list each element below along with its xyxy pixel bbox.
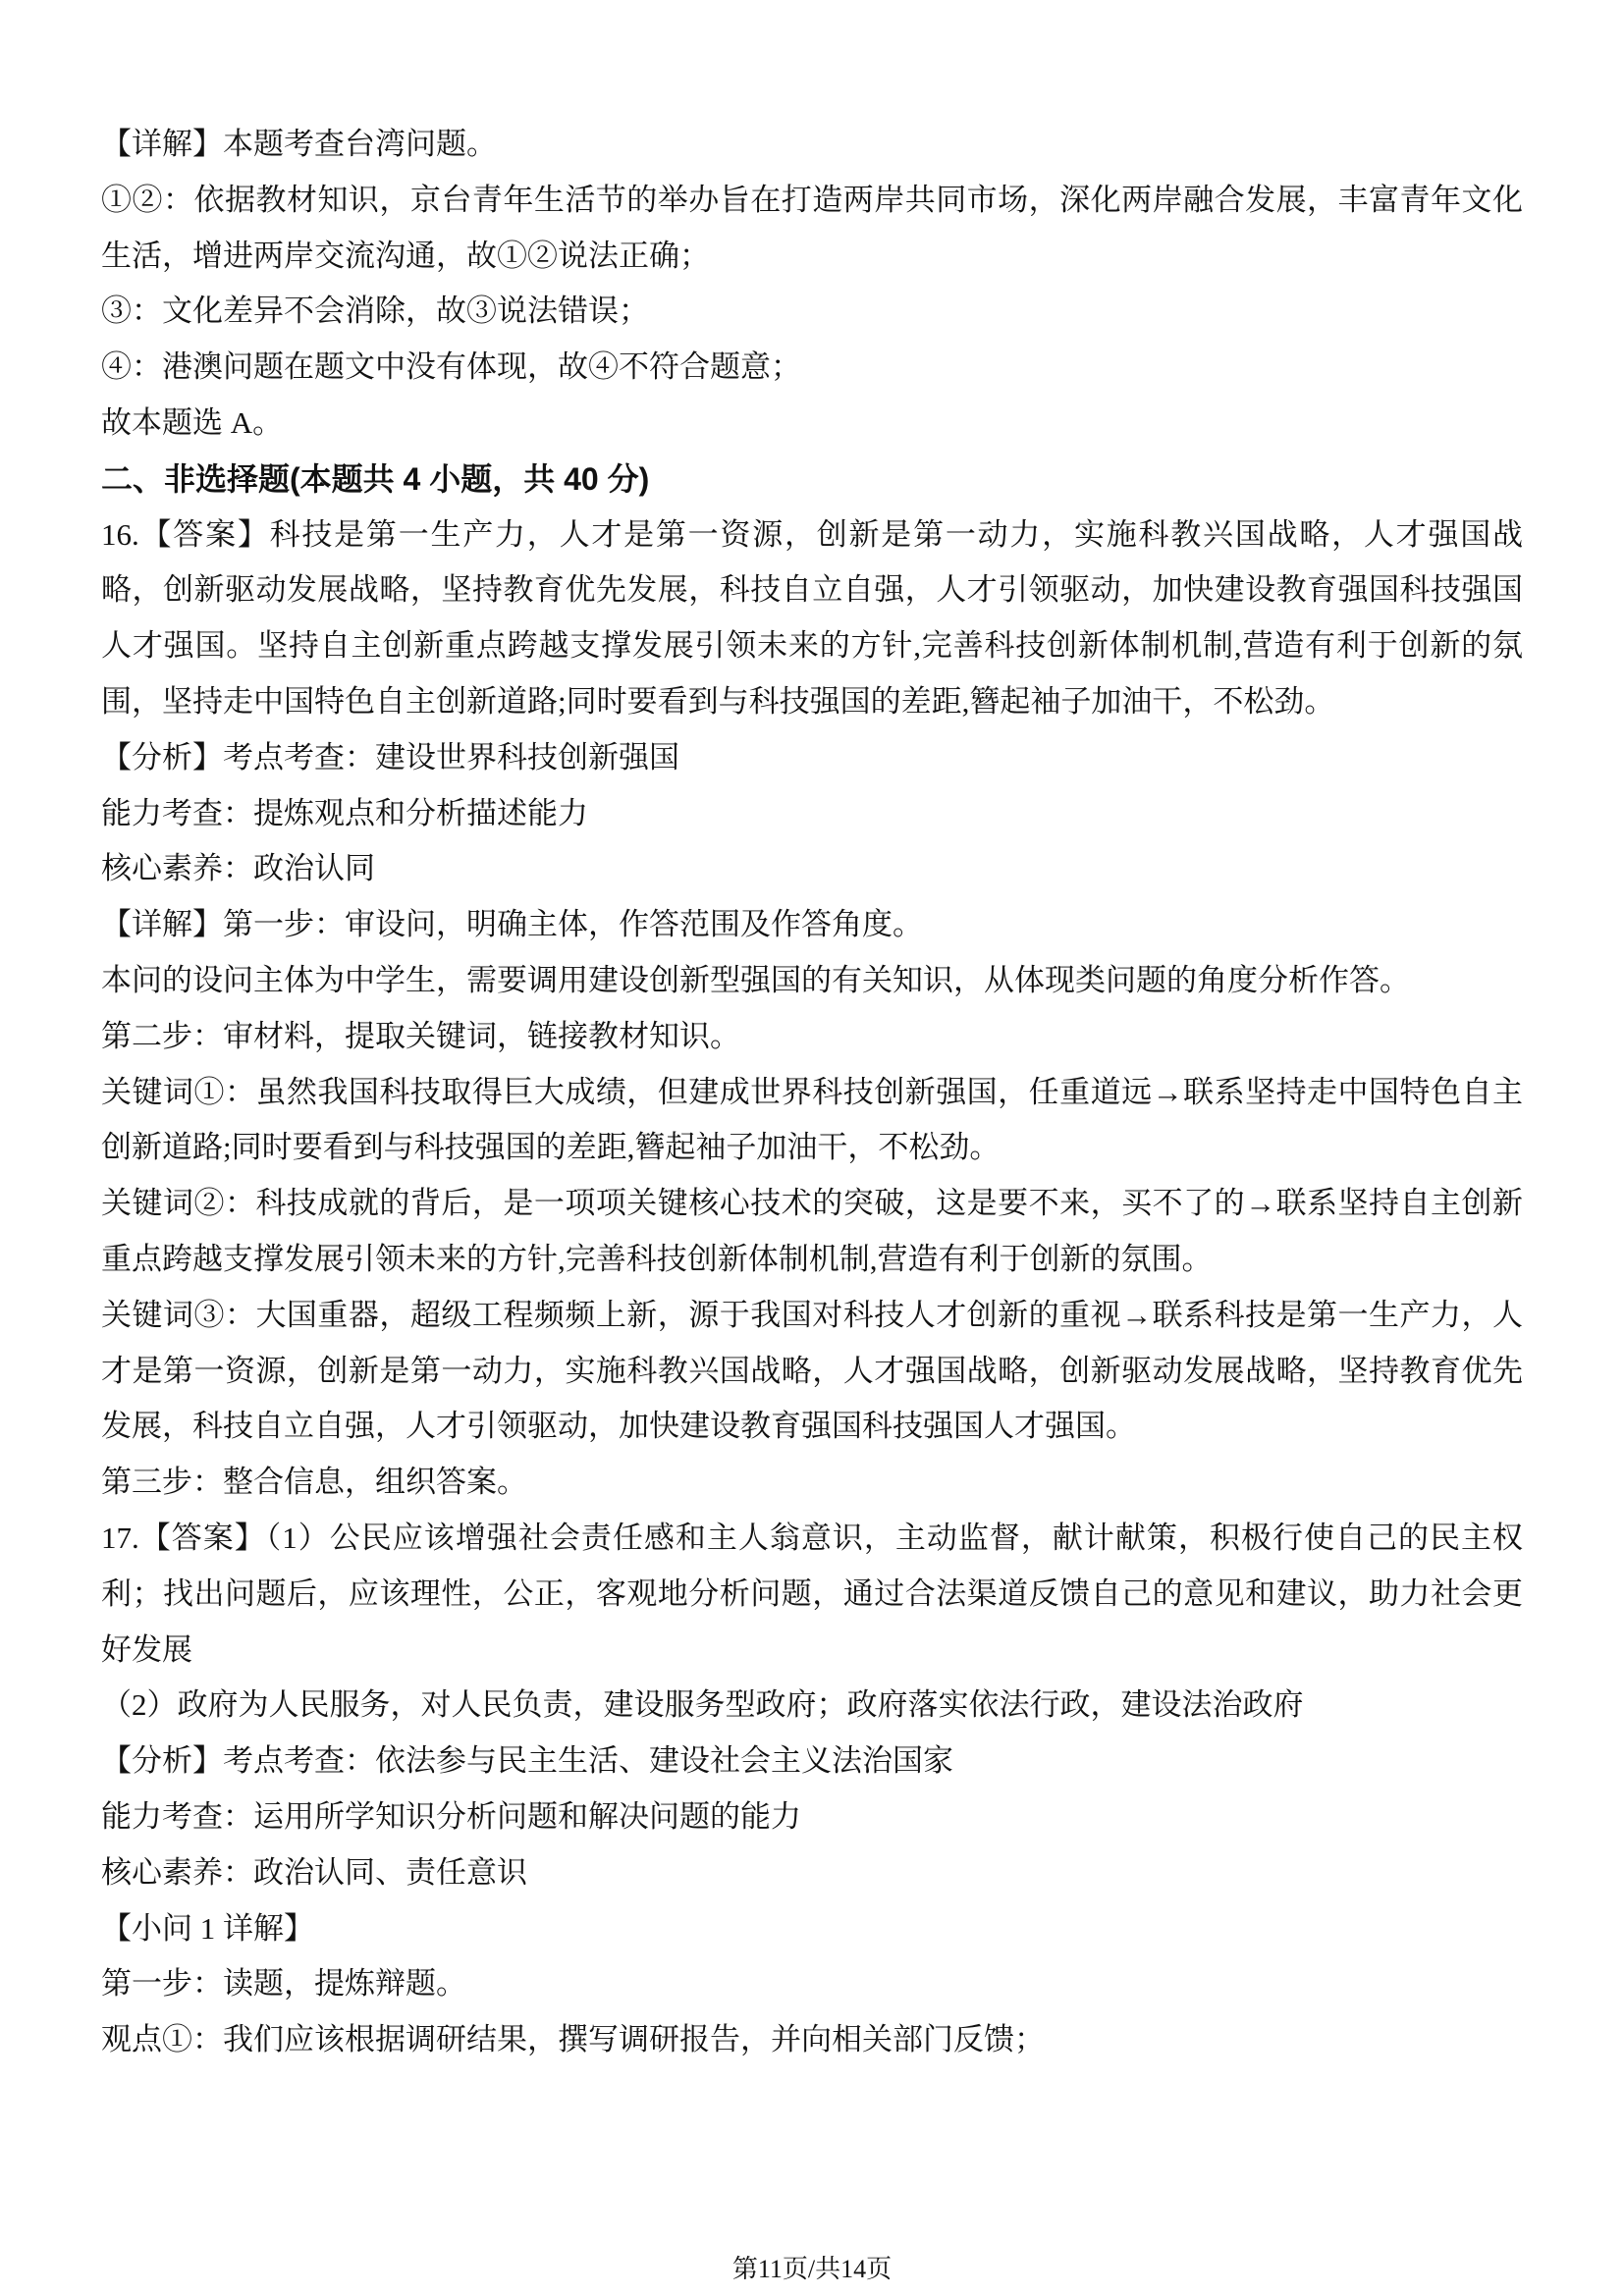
document-page: 【详解】本题考查台湾问题。 ①②：依据教材知识，京台青年生活节的举办旨在打造两岸… bbox=[0, 0, 1624, 2296]
q17-viewpoint-1: 观点①：我们应该根据调研结果，撰写调研报告，并向相关部门反馈； bbox=[101, 2012, 1523, 2068]
q15-point-1-2: ①②：依据教材知识，京台青年生活节的举办旨在打造两岸共同市场，深化两岸融合发展，… bbox=[101, 173, 1523, 229]
q17-ability-tested: 能力考查：运用所学知识分析问题和解决问题的能力 bbox=[101, 1789, 1523, 1845]
q15-point-1-2-cont: 生活，增进两岸交流沟通，故①②说法正确； bbox=[101, 229, 1523, 285]
q17-step1: 第一步：读题，提炼辩题。 bbox=[101, 1956, 1523, 2012]
q16-detail-step1: 【详解】第一步：审设问，明确主体，作答范围及作答角度。 bbox=[101, 897, 1523, 953]
page-number-footer: 第11页/共14页 bbox=[0, 2250, 1624, 2289]
document-body: 【详解】本题考查台湾问题。 ①②：依据教材知识，京台青年生活节的举办旨在打造两岸… bbox=[101, 117, 1523, 2068]
q17-answer-2: （2）政府为人民服务，对人民负责，建设服务型政府；政府落实依法行政，建设法治政府 bbox=[101, 1678, 1523, 1734]
q16-keyword-3-line-1: 关键词③：大国重器，超级工程频频上新，源于我国对科技人才创新的重视→联系科技是第… bbox=[101, 1288, 1523, 1344]
q16-core-literacy: 核心素养：政治认同 bbox=[101, 841, 1523, 897]
q16-answer-line-1: 16.【答案】科技是第一生产力，人才是第一资源，创新是第一动力，实施科教兴国战略… bbox=[101, 507, 1523, 563]
q16-ability-tested: 能力考查：提炼观点和分析描述能力 bbox=[101, 786, 1523, 842]
q16-keyword-2-line-2: 重点跨越支撑发展引领未来的方针,完善科技创新体制机制,营造有利于创新的氛围。 bbox=[101, 1232, 1523, 1288]
q15-detail-intro: 【详解】本题考查台湾问题。 bbox=[101, 117, 1523, 173]
q16-keyword-3-line-2: 才是第一资源，创新是第一动力，实施科教兴国战略，人才强国战略，创新驱动发展战略，… bbox=[101, 1344, 1523, 1400]
q17-analysis-exam-points: 【分析】考点考查：依法参与民主生活、建设社会主义法治国家 bbox=[101, 1734, 1523, 1789]
q17-answer-1-line-2: 利；找出问题后，应该理性，公正，客观地分析问题，通过合法渠道反馈自己的意见和建议… bbox=[101, 1567, 1523, 1623]
q15-point-3: ③：文化差异不会消除，故③说法错误； bbox=[101, 284, 1523, 340]
q16-keyword-2-line-1: 关键词②：科技成就的背后，是一项项关键核心技术的突破，这是要不来，买不了的→联系… bbox=[101, 1176, 1523, 1232]
q16-detail-step2: 第二步：审材料，提取关键词，链接教材知识。 bbox=[101, 1009, 1523, 1065]
q17-core-literacy: 核心素养：政治认同、责任意识 bbox=[101, 1845, 1523, 1901]
q16-keyword-3-line-3: 发展，科技自立自强，人才引领驱动，加快建设教育强国科技强国人才强国。 bbox=[101, 1399, 1523, 1455]
q16-answer-line-3: 人才强国。坚持自主创新重点跨越支撑发展引领未来的方针,完善科技创新体制机制,营造… bbox=[101, 618, 1523, 674]
section-2-heading: 二、非选择题(本题共 4 小题，共 40 分) bbox=[101, 452, 1523, 507]
q16-keyword-1-line-1: 关键词①：虽然我国科技取得巨大成绩，但建成世界科技创新强国，任重道远→联系坚持走… bbox=[101, 1065, 1523, 1121]
q16-detail-step3: 第三步：整合信息，组织答案。 bbox=[101, 1455, 1523, 1511]
q16-analysis-exam-points: 【分析】考点考查：建设世界科技创新强国 bbox=[101, 730, 1523, 786]
q16-keyword-1-line-2: 创新道路;同时要看到与科技强国的差距,簪起袖子加油干，不松劲。 bbox=[101, 1120, 1523, 1176]
q17-subquestion-1-detail-label: 【小问 1 详解】 bbox=[101, 1901, 1523, 1957]
q16-detail-step1-cont: 本问的设问主体为中学生，需要调用建设创新型强国的有关知识，从体现类问题的角度分析… bbox=[101, 953, 1523, 1009]
q17-answer-1-line-3: 好发展 bbox=[101, 1623, 1523, 1679]
q16-answer-line-4: 围，坚持走中国特色自主创新道路;同时要看到与科技强国的差距,簪起袖子加油干，不松… bbox=[101, 674, 1523, 730]
q15-point-4: ④：港澳问题在题文中没有体现，故④不符合题意； bbox=[101, 340, 1523, 396]
q15-answer-choice: 故本题选 A。 bbox=[101, 396, 1523, 452]
q16-answer-line-2: 略，创新驱动发展战略，坚持教育优先发展，科技自立自强，人才引领驱动，加快建设教育… bbox=[101, 562, 1523, 618]
q17-answer-1-line-1: 17.【答案】（1）公民应该增强社会责任感和主人翁意识，主动监督，献计献策，积极… bbox=[101, 1511, 1523, 1567]
